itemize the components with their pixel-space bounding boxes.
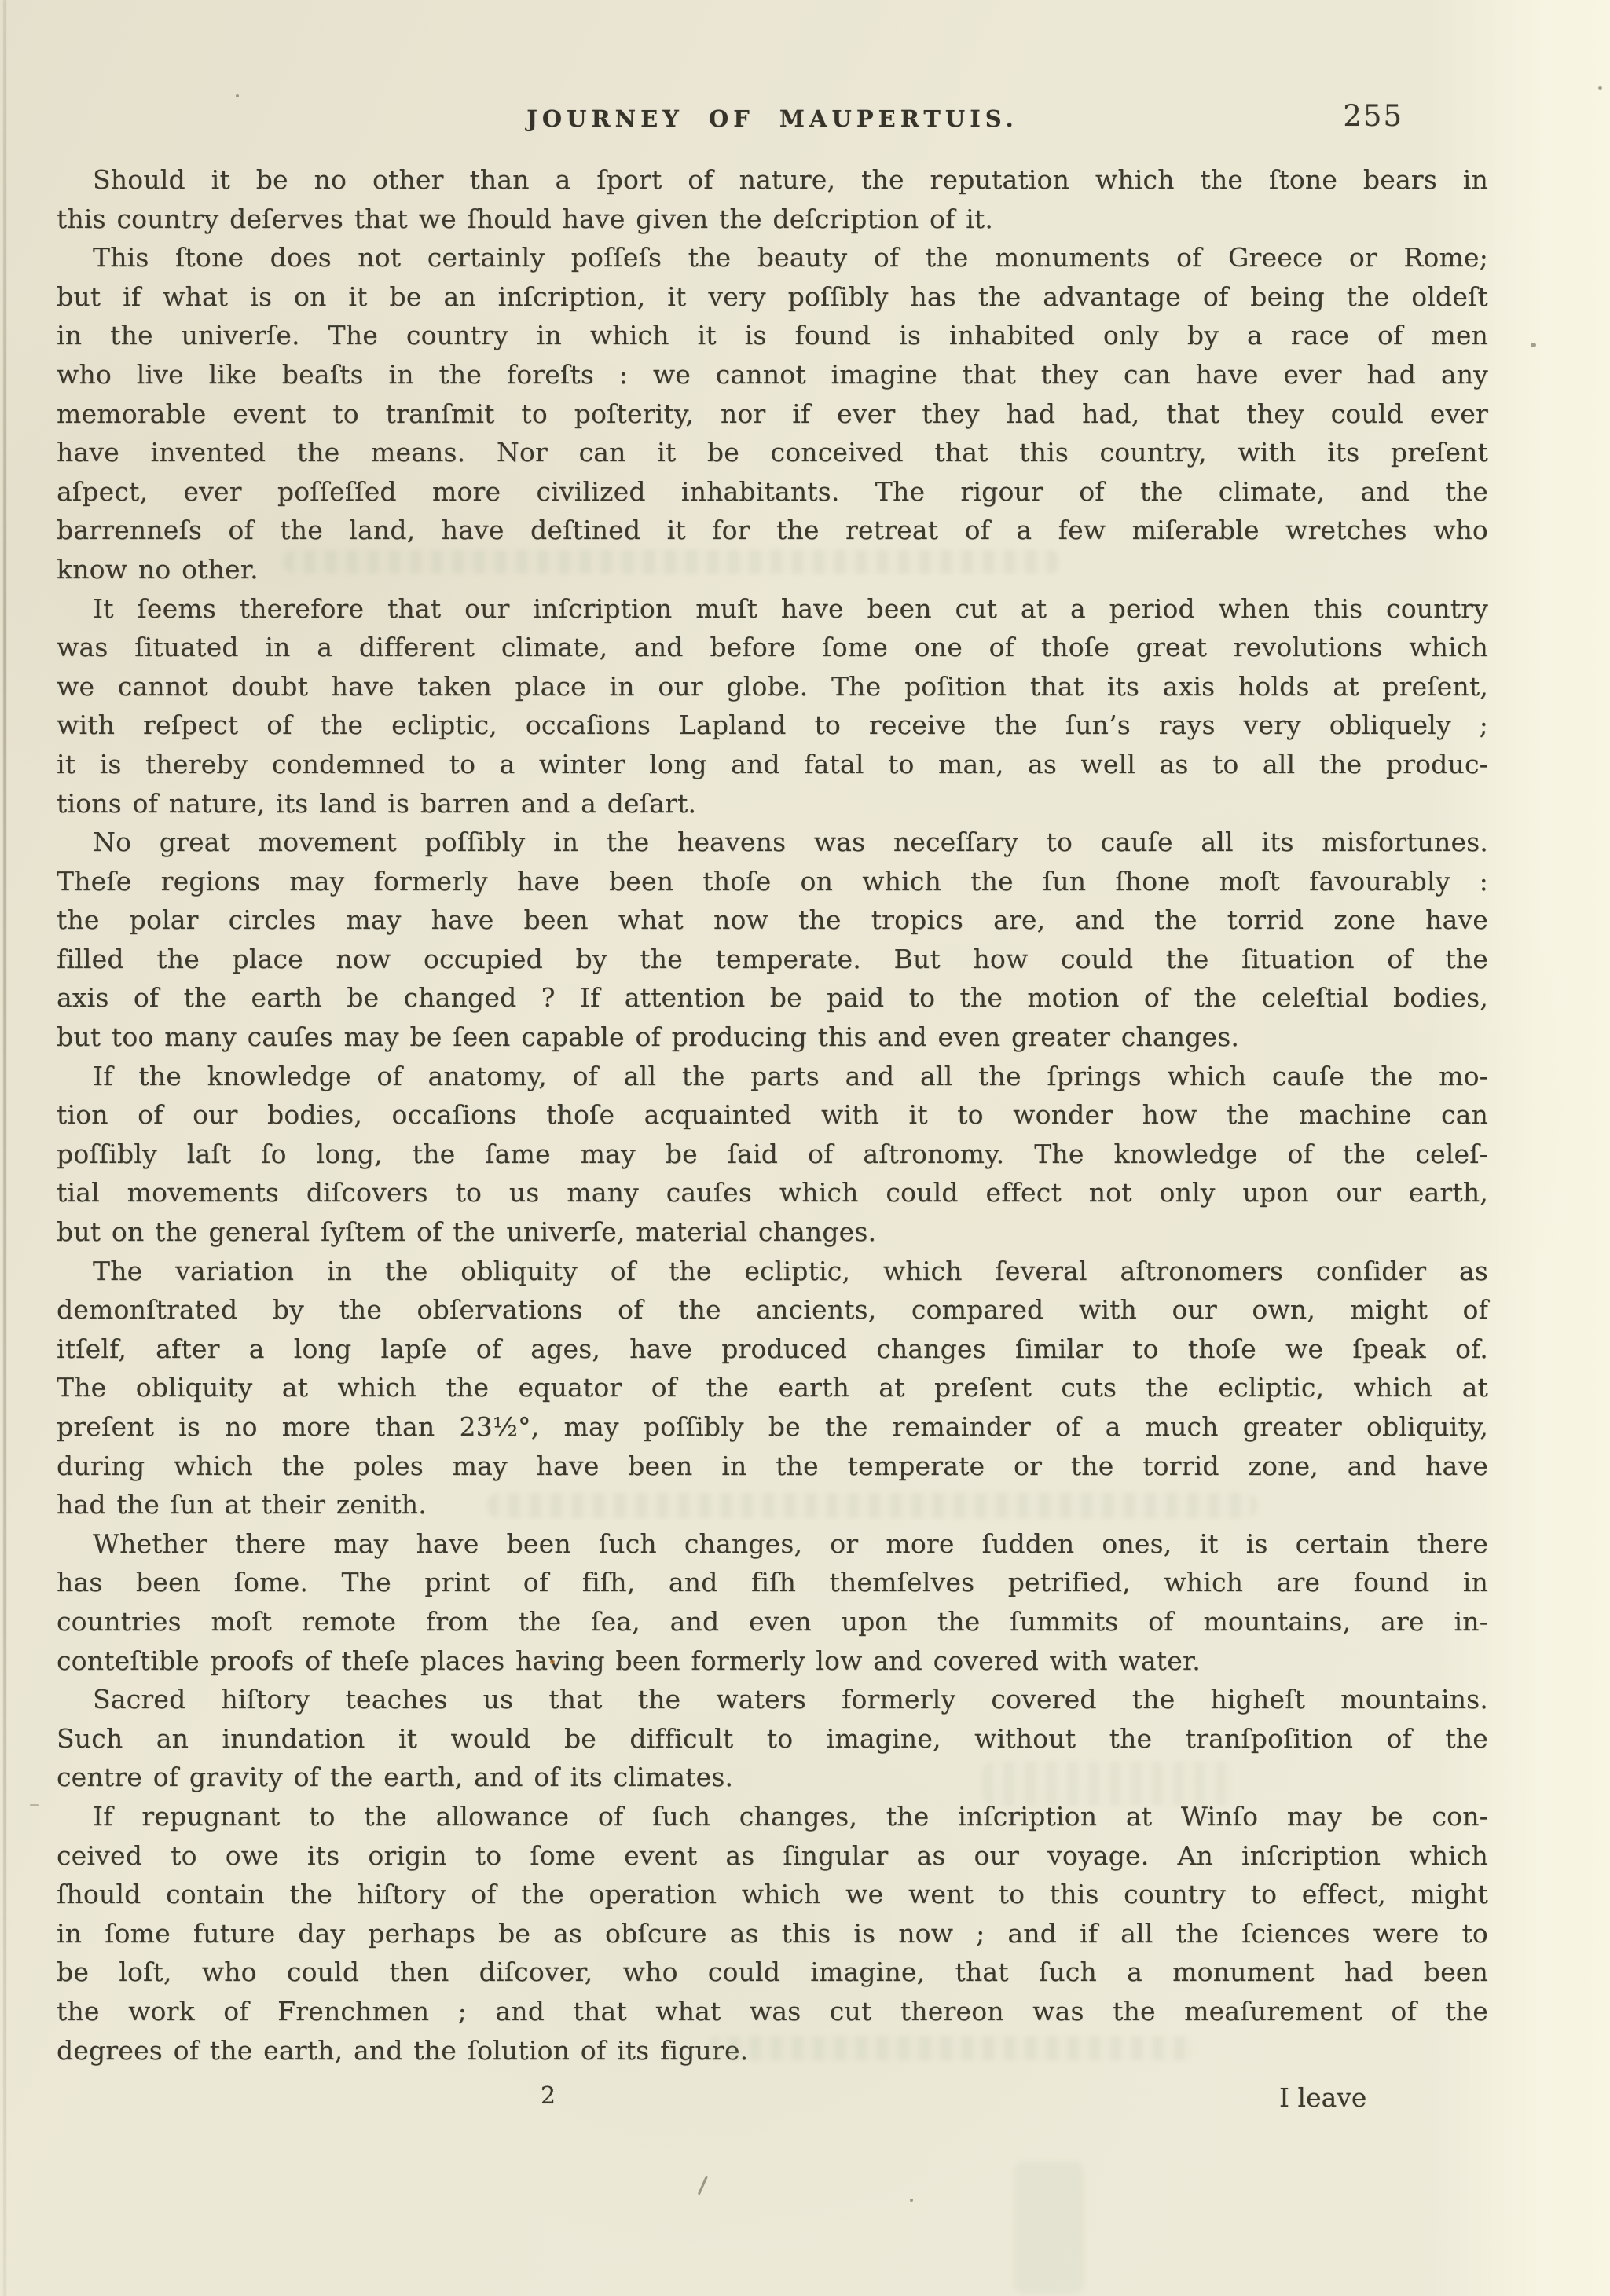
paper-speck xyxy=(1531,343,1536,347)
text-line: preſent is no more than 23½°, may poſſib… xyxy=(57,1407,1488,1447)
paper-speck xyxy=(30,1804,39,1806)
text-line: we cannot doubt have taken place in our … xyxy=(57,667,1488,706)
text-line: barrenneſs of the land, have deſtined it… xyxy=(57,511,1488,550)
text-line: If repugnant to the allowance of ſuch ch… xyxy=(57,1797,1488,1836)
text-line: Such an inundation it would be difficult… xyxy=(57,1719,1488,1759)
text-line: Sacred hiſtory teaches us that the water… xyxy=(57,1680,1488,1719)
showthrough-smudge xyxy=(487,1493,1257,1518)
text-line: The obliquity at which the equator of th… xyxy=(57,1368,1488,1407)
text-line: during which the poles may have been in … xyxy=(57,1447,1488,1486)
paragraph: Should it be no other than a ſport of na… xyxy=(57,160,1488,238)
text-line: demonſtrated by the obſervations of the … xyxy=(57,1290,1488,1330)
showthrough-smudge xyxy=(283,550,1061,574)
text-line: It ſeems therefore that our inſcription … xyxy=(57,589,1488,629)
paragraph: It ſeems therefore that our inſcription … xyxy=(57,589,1488,823)
paragraph: This ſtone does not certainly poſſeſs th… xyxy=(57,238,1488,589)
text-line: have invented the means. Nor can it be c… xyxy=(57,433,1488,472)
page-number: 255 xyxy=(1343,99,1403,133)
paragraph: If the knowledge of anatomy, of all the … xyxy=(57,1057,1488,1252)
text-line: If the knowledge of anatomy, of all the … xyxy=(57,1057,1488,1096)
paragraph: No great movement poſſibly in the heaven… xyxy=(57,823,1488,1057)
text-line: but too many cauſes may be ſeen capable … xyxy=(57,1018,1488,1057)
text-line: this country deſerves that we ſhould hav… xyxy=(57,200,1488,239)
text-line: Theſe regions may formerly have been tho… xyxy=(57,862,1488,901)
text-line: ſhould contain the hiſtory of the operat… xyxy=(57,1875,1488,1914)
text-line: was ſituated in a different climate, and… xyxy=(57,628,1488,667)
text-line: tial movements diſcovers to us many cauſ… xyxy=(57,1173,1488,1212)
running-head: JOURNEY OF MAUPERTUIS. 255 xyxy=(57,105,1488,145)
text-line: tions of nature, its land is barren and … xyxy=(57,784,1488,823)
text-line: centre of gravity of the earth, and of i… xyxy=(57,1758,1488,1797)
text-line: who live like beaſts in the foreſts : we… xyxy=(57,355,1488,394)
paper-speck xyxy=(550,1660,555,1664)
paper-speck xyxy=(910,2199,913,2202)
text-line: No great movement poſſibly in the heaven… xyxy=(57,823,1488,862)
text-line: aſpect, ever poſſeſſed more civilized in… xyxy=(57,472,1488,512)
text-block: Should it be no other than a ſport of na… xyxy=(57,160,1488,2070)
text-line: This ſtone does not certainly poſſeſs th… xyxy=(57,238,1488,277)
text-line: has been ſome. The print of fiſh, and fi… xyxy=(57,1563,1488,1602)
text-line: the work of Frenchmen ; and that what wa… xyxy=(57,1992,1488,2031)
showthrough-smudge xyxy=(707,2037,1194,2060)
text-line: filled the place now occupied by the tem… xyxy=(57,940,1488,979)
showthrough-smudge xyxy=(982,1762,1234,1806)
text-line: ceived to owe its origin to ſome event a… xyxy=(57,1836,1488,1876)
paragraph: Whether there may have been ſuch changes… xyxy=(57,1524,1488,1680)
paragraph: The variation in the obliquity of the ec… xyxy=(57,1252,1488,1524)
page-edge-shadow xyxy=(3,0,6,2296)
text-line: poſſibly laſt ſo long, the ſame may be ſ… xyxy=(57,1135,1488,1174)
text-line: in the univerſe. The country in which it… xyxy=(57,316,1488,355)
text-line: Whether there may have been ſuch changes… xyxy=(57,1524,1488,1564)
book-page: JOURNEY OF MAUPERTUIS. 255 Should it be … xyxy=(0,0,1610,2296)
text-line: it is thereby condemned to a winter long… xyxy=(57,745,1488,784)
text-line: memorable event to tranſmit to poſterity… xyxy=(57,394,1488,434)
signature-mark: 2 xyxy=(541,2082,556,2110)
text-line: itſelf, after a long lapſe of ages, have… xyxy=(57,1330,1488,1369)
text-line: but on the general ſyſtem of the univerſ… xyxy=(57,1212,1488,1252)
paragraph: If repugnant to the allowance of ſuch ch… xyxy=(57,1797,1488,2070)
text-line: but if what is on it be an inſcription, … xyxy=(57,277,1488,317)
text-line: with reſpect of the ecliptic, occaſions … xyxy=(57,706,1488,745)
paper-speck xyxy=(236,94,239,97)
paper-speck xyxy=(1598,86,1602,90)
text-line: Should it be no other than a ſport of na… xyxy=(57,160,1488,200)
text-line: the polar circles may have been what now… xyxy=(57,900,1488,940)
text-line: The variation in the obliquity of the ec… xyxy=(57,1252,1488,1291)
paragraph: Sacred hiſtory teaches us that the water… xyxy=(57,1680,1488,1797)
showthrough-smudge xyxy=(1014,2161,1084,2294)
text-line: conteſtible proofs of theſe places havin… xyxy=(57,1641,1488,1681)
running-head-title: JOURNEY OF MAUPERTUIS. xyxy=(526,105,1018,132)
text-line: axis of the earth be changed ? If attent… xyxy=(57,978,1488,1018)
text-line: countries moſt remote from the ſea, and … xyxy=(57,1602,1488,1641)
catchword: I leave xyxy=(1279,2082,1366,2113)
stray-mark xyxy=(698,2176,708,2195)
text-line: in ſome future day perhaps be as obſcure… xyxy=(57,1914,1488,1953)
text-line: be loſt, who could then diſcover, who co… xyxy=(57,1953,1488,1992)
text-line: tion of our bodies, occaſions thoſe acqu… xyxy=(57,1095,1488,1135)
